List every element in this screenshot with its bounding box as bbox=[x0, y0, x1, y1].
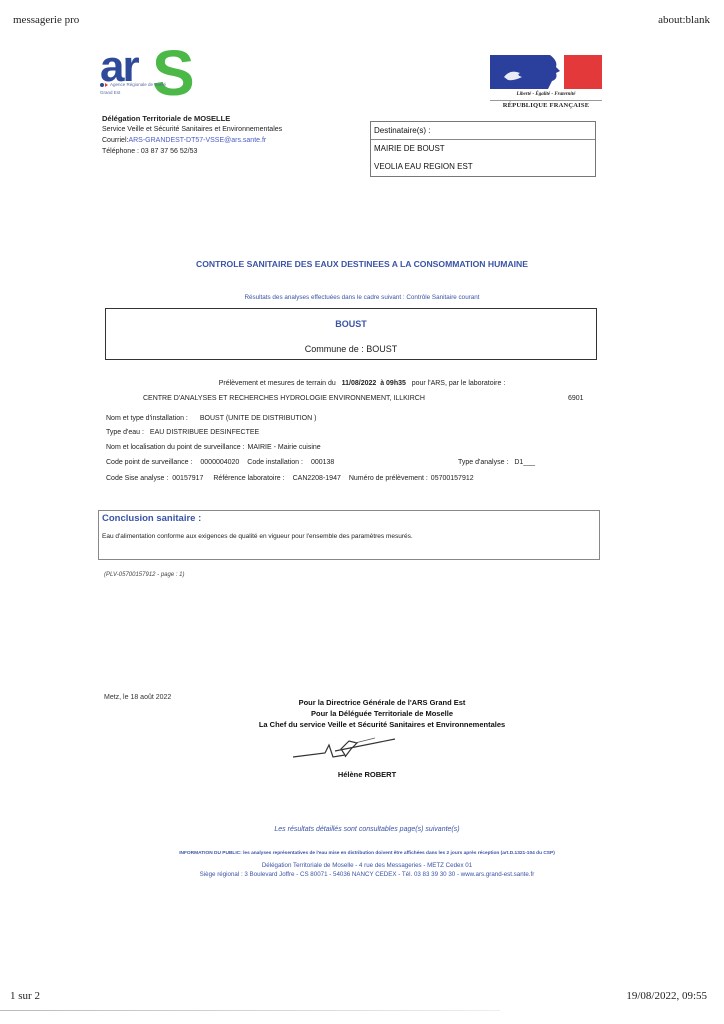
republique-francaise-logo: Liberté - Égalité - Fraternité RÉPUBLIQU… bbox=[490, 55, 602, 117]
republique-name: RÉPUBLIQUE FRANÇAISE bbox=[490, 100, 602, 109]
print-page-number: 1 sur 2 bbox=[10, 990, 40, 1002]
signature-authority: Pour la Directrice Générale de l'ARS Gra… bbox=[0, 697, 724, 730]
print-timestamp: 19/08/2022, 09:55 bbox=[626, 990, 707, 1002]
footer-address: Délégation Territoriale de Moselle - 4 r… bbox=[0, 861, 724, 879]
sender-block: Délégation Territoriale de MOSELLE Servi… bbox=[102, 113, 282, 157]
sampling-date: 11/08/2022 bbox=[342, 380, 377, 387]
document-title: CONTROLE SANITAIRE DES EAUX DESTINEES A … bbox=[0, 259, 724, 269]
laboratory-code: 6901 bbox=[568, 395, 584, 402]
ars-logo-region: Grand Est bbox=[100, 90, 120, 95]
installation-row: Nom et type d'installation :BOUST (UNITE… bbox=[106, 415, 316, 422]
sender-title: Délégation Territoriale de MOSELLE bbox=[102, 113, 282, 124]
sender-service: Service Veille et Sécurité Sanitaires et… bbox=[102, 124, 282, 135]
references-row: Code Sise analyse :00157917 Référence la… bbox=[106, 475, 474, 482]
address-line-2: Siège régional : 3 Boulevard Joffre - CS… bbox=[10, 870, 724, 879]
recipients-box: Destinataire(s) : MAIRIE DE BOUST VEOLIA… bbox=[370, 121, 596, 177]
signer-name: Hélène ROBERT bbox=[0, 770, 724, 779]
ars-logo: ar S Agence Régionale de Santé Grand Est bbox=[100, 50, 210, 106]
conclusion-text: Eau d'alimentation conforme aux exigence… bbox=[102, 533, 413, 540]
commune-box: BOUST Commune de : BOUST bbox=[105, 308, 597, 360]
conclusion-box: Conclusion sanitaire : Eau d'alimentatio… bbox=[98, 510, 600, 560]
dot-icon bbox=[100, 83, 104, 87]
republique-motto: Liberté - Égalité - Fraternité bbox=[490, 92, 602, 97]
laboratory-name: CENTRE D'ANALYSES ET RECHERCHES HYDROLOG… bbox=[143, 395, 425, 402]
laboratory-line: CENTRE D'ANALYSES ET RECHERCHES HYDROLOG… bbox=[143, 395, 425, 402]
sender-email-link[interactable]: ARS-GRANDEST-DT57-VSSE@ars.sante.fr bbox=[128, 137, 266, 144]
page-reference: (PLV-05700157912 - page : 1) bbox=[104, 572, 185, 578]
commune-name: BOUST bbox=[106, 319, 596, 329]
conclusion-heading: Conclusion sanitaire : bbox=[102, 513, 201, 524]
scan-edge-divider bbox=[0, 1010, 500, 1011]
sender-email-row: Courriel:ARS-GRANDEST-DT57-VSSE@ars.sant… bbox=[102, 135, 282, 146]
arrow-icon bbox=[105, 83, 108, 87]
ars-logo-s: S bbox=[152, 36, 195, 110]
print-header-url: about:blank bbox=[658, 14, 710, 26]
address-line-1: Délégation Territoriale de Moselle - 4 r… bbox=[10, 861, 724, 870]
handwritten-signature-icon bbox=[285, 735, 405, 765]
sender-phone: Téléphone : 03 87 37 56 52/53 bbox=[102, 146, 282, 157]
document-subtitle: Résultats des analyses effectuées dans l… bbox=[0, 294, 724, 301]
marianne-flag-icon bbox=[490, 55, 602, 89]
print-header-title: messagerie pro bbox=[13, 14, 79, 26]
ars-logo-tagline: Agence Régionale de Santé bbox=[100, 82, 166, 87]
analysis-type-row: Type d'analyse :D1___ bbox=[458, 459, 535, 466]
public-information: INFORMATION DU PUBLIC: les analyses repr… bbox=[0, 851, 724, 856]
sampling-line: Prélèvement et mesures de terrain du 11/… bbox=[0, 380, 724, 387]
codes-row: Code point de surveillance :0000004020 C… bbox=[106, 459, 334, 466]
water-type-row: Type d'eau :EAU DISTRIBUEE DESINFECTEE bbox=[106, 429, 259, 436]
recipients-label: Destinataire(s) : bbox=[371, 122, 595, 140]
recipient-item: VEOLIA EAU REGION EST bbox=[371, 158, 595, 176]
sampling-time: à 09h35 bbox=[380, 380, 406, 387]
recipient-item: MAIRIE DE BOUST bbox=[371, 140, 595, 158]
surveillance-point-row: Nom et localisation du point de surveill… bbox=[106, 444, 321, 451]
results-note: Les résultats détaillés sont consultable… bbox=[0, 826, 724, 833]
commune-line: Commune de : BOUST bbox=[106, 344, 596, 354]
